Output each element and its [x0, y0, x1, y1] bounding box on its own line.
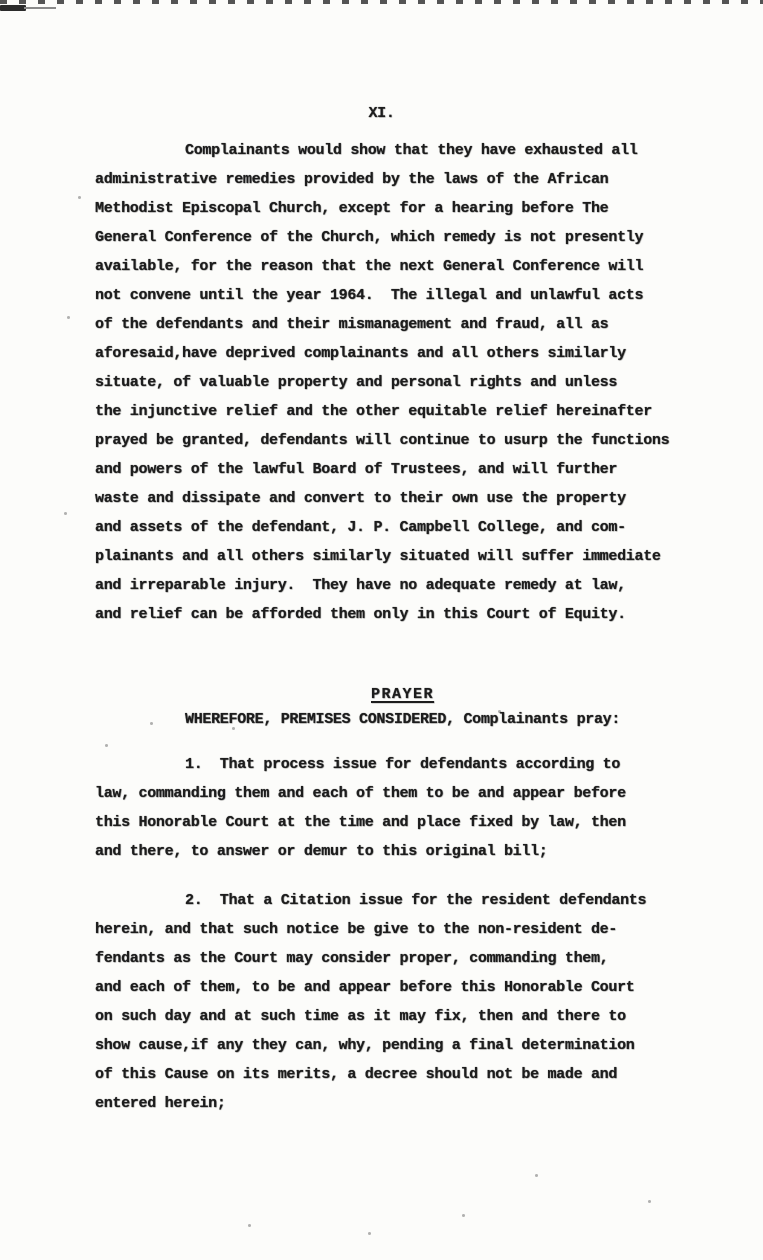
scan-speck [648, 1200, 651, 1203]
prayer-item-1: 1. That process issue for defendants acc… [95, 750, 735, 866]
prayer-heading-text: PRAYER [371, 686, 434, 703]
scan-speck [368, 1232, 371, 1235]
text-line: available, for the reason that the next … [95, 252, 735, 281]
text-line: administrative remedies provided by the … [95, 165, 735, 194]
text-line: fendants as the Court may consider prope… [95, 944, 735, 973]
corner-ink-mark [0, 5, 26, 11]
torn-edge-artifact [0, 0, 763, 4]
text-line: law, commanding them and each of them to… [95, 779, 735, 808]
text-line: show cause,if any they can, why, pending… [95, 1031, 735, 1060]
scan-speck [248, 1224, 251, 1227]
text-line: aforesaid,have deprived complainants and… [95, 339, 735, 368]
text-line: prayed be granted, defendants will conti… [95, 426, 735, 455]
wherefore-clause: WHEREFORE, PREMISES CONSIDERED, Complain… [95, 705, 735, 734]
text-line: herein, and that such notice be give to … [95, 915, 735, 944]
scan-speck [462, 1214, 465, 1217]
text-line: Methodist Episcopal Church, except for a… [95, 194, 735, 223]
text-line: situate, of valuable property and person… [95, 368, 735, 397]
text-line: the injunctive relief and the other equi… [95, 397, 735, 426]
scan-speck [64, 512, 67, 515]
text-line: waste and dissipate and convert to their… [95, 484, 735, 513]
text-line: on such day and at such time as it may f… [95, 1002, 735, 1031]
scan-speck [232, 727, 235, 730]
text-line: entered herein; [95, 1089, 735, 1118]
text-line: and irreparable injury. They have no ade… [95, 571, 735, 600]
scan-speck [498, 710, 501, 713]
text-line: of the defendants and their mismanagemen… [95, 310, 735, 339]
text-line: 2. That a Citation issue for the residen… [95, 886, 735, 915]
text-line: not convene until the year 1964. The ill… [95, 281, 735, 310]
scan-speck [67, 316, 70, 319]
text-line: Complainants would show that they have e… [95, 136, 735, 165]
scan-speck [105, 744, 108, 747]
text-line: 1. That process issue for defendants acc… [95, 750, 735, 779]
text-line: WHEREFORE, PREMISES CONSIDERED, Complain… [95, 705, 735, 734]
text-line: and assets of the defendant, J. P. Campb… [95, 513, 735, 542]
scan-speck [78, 196, 81, 199]
text-line: of this Cause on its merits, a decree sh… [95, 1060, 735, 1089]
paragraph-xi: Complainants would show that they have e… [95, 136, 735, 629]
text-line: and there, to answer or demur to this or… [95, 837, 735, 866]
text-line: and relief can be afforded them only in … [95, 600, 735, 629]
text-line: General Conference of the Church, which … [95, 223, 735, 252]
prayer-item-2: 2. That a Citation issue for the residen… [95, 886, 735, 1118]
scan-speck [535, 1174, 538, 1177]
text-line: this Honorable Court at the time and pla… [95, 808, 735, 837]
section-number-heading: XI. [0, 103, 763, 125]
scanned-document-page: XI. Complainants would show that they ha… [0, 0, 763, 1260]
text-line: and each of them, to be and appear befor… [95, 973, 735, 1002]
scan-speck [150, 722, 153, 725]
text-line: plainants and all others similarly situa… [95, 542, 735, 571]
text-line: and powers of the lawful Board of Truste… [95, 455, 735, 484]
